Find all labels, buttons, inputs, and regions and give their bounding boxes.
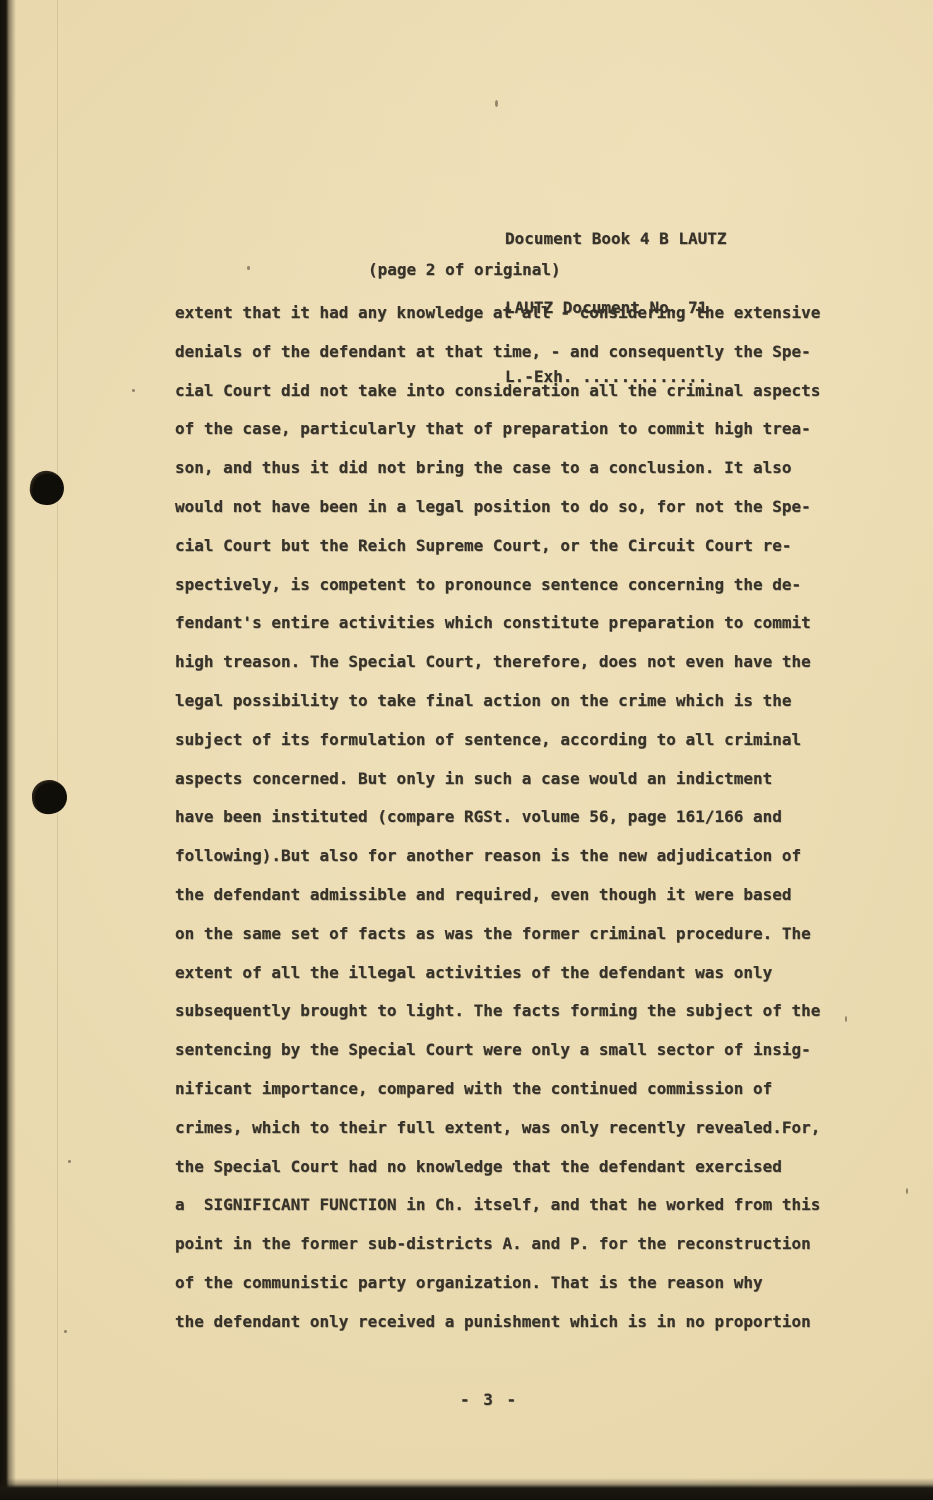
page-subtitle: (page 2 of original)	[368, 260, 561, 279]
body-line: extent that it had any knowledge at all …	[175, 294, 865, 333]
body-line: denials of the defendant at that time, -…	[175, 333, 865, 372]
body-line: son, and thus it did not bring the case …	[175, 449, 865, 488]
paper-speck	[495, 100, 498, 107]
body-line: would not have been in a legal position …	[175, 488, 865, 527]
body-line: cial Court but the Reich Supreme Court, …	[175, 527, 865, 566]
body-line: sentencing by the Special Court were onl…	[175, 1031, 865, 1070]
body-line: of the case, particularly that of prepar…	[175, 410, 865, 449]
body-line: legal possibility to take final action o…	[175, 682, 865, 721]
body-line: point in the former sub-districts A. and…	[175, 1225, 865, 1264]
header-line-book: Document Book 4 B LAUTZ	[505, 227, 727, 250]
body-line: nificant importance, compared with the c…	[175, 1070, 865, 1109]
body-line: spectively, is competent to pronounce se…	[175, 566, 865, 605]
body-line: of the communistic party organization. T…	[175, 1264, 865, 1303]
body-line: aspects concerned. But only in such a ca…	[175, 760, 865, 799]
punch-hole-top	[28, 469, 66, 507]
paper-speck	[247, 266, 250, 270]
body-line: fendant's entire activities which consti…	[175, 604, 865, 643]
body-line: following).But also for another reason i…	[175, 837, 865, 876]
body-line: subsequently brought to light. The facts…	[175, 992, 865, 1031]
body-line: high treason. The Special Court, therefo…	[175, 643, 865, 682]
page-number: - 3 -	[460, 1390, 518, 1409]
paper-speck	[68, 1160, 71, 1163]
body-line: on the same set of facts as was the form…	[175, 915, 865, 954]
body-line: have been instituted (compare RGSt. volu…	[175, 798, 865, 837]
body-line: the defendant only received a punishment…	[175, 1303, 865, 1342]
body-line: cial Court did not take into considerati…	[175, 372, 865, 411]
document-body: extent that it had any knowledge at all …	[175, 294, 865, 1342]
scan-left-edge	[0, 0, 16, 1500]
body-line: extent of all the illegal activities of …	[175, 954, 865, 993]
paper-speck	[132, 389, 135, 392]
paper-speck	[906, 1188, 908, 1194]
scanned-page: Document Book 4 B LAUTZ LAUTZ Document N…	[0, 0, 933, 1500]
body-line: the Special Court had no knowledge that …	[175, 1148, 865, 1187]
punch-hole-bottom	[30, 778, 68, 815]
paper-crease	[57, 0, 58, 1500]
paper-speck	[64, 1330, 67, 1333]
scan-bottom-edge	[0, 1478, 933, 1500]
body-line: crimes, which to their full extent, was …	[175, 1109, 865, 1148]
body-line: subject of its formulation of sentence, …	[175, 721, 865, 760]
body-line: the defendant admissible and required, e…	[175, 876, 865, 915]
body-line: a SIGNIFICANT FUNCTION in Ch. itself, an…	[175, 1186, 865, 1225]
